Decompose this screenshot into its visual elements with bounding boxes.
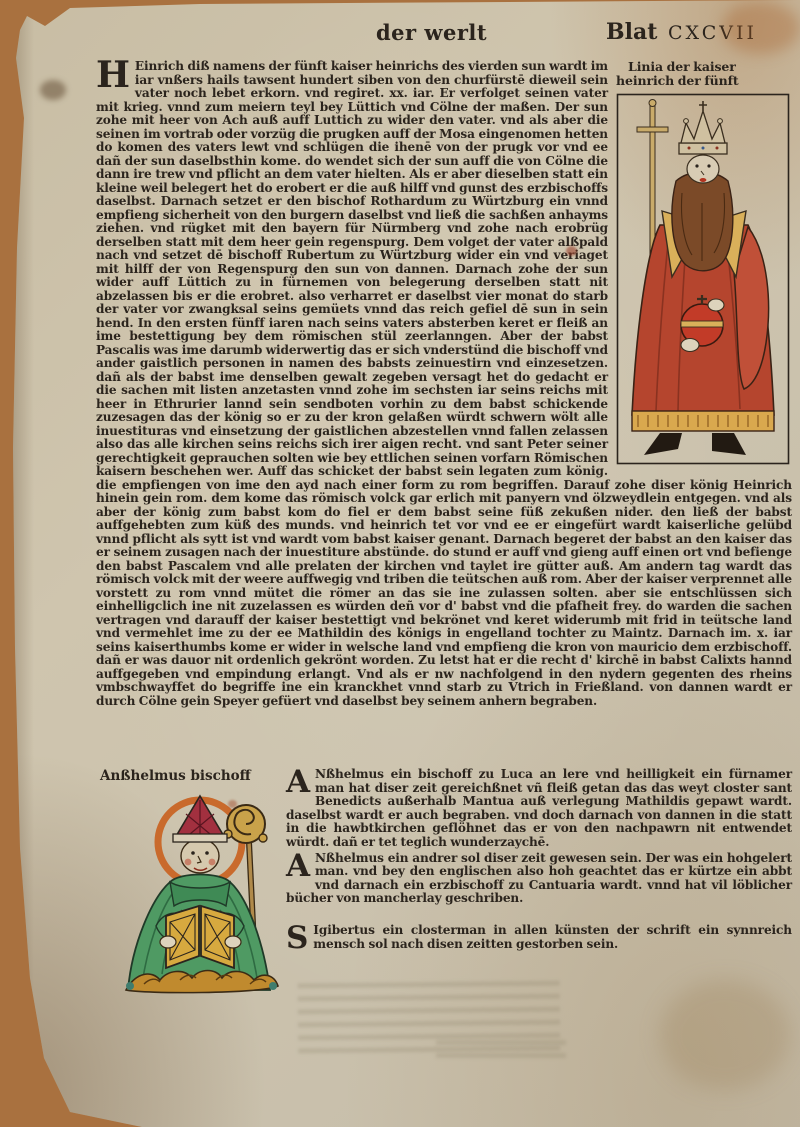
figure-caption-line1: Linia der kaiser bbox=[616, 60, 792, 74]
figure-caption: Linia der kaiser heinrich der fünft bbox=[616, 60, 792, 88]
bishop-figure-column: Anßhelmus bischoff bbox=[96, 768, 286, 994]
drop-cap-initial: S bbox=[286, 925, 308, 952]
marginal-heading: Anßhelmus bischoff bbox=[96, 768, 286, 784]
bottom-section: Anßhelmus bischoff bbox=[96, 768, 792, 994]
figure-caption-line2: heinrich der fünft bbox=[616, 74, 792, 88]
folio-label: Blat bbox=[606, 19, 657, 45]
photograph-of-book-page: { "header": { "title_left": "der werlt",… bbox=[0, 0, 800, 1127]
folio-number: CXCVII bbox=[668, 22, 757, 44]
chronicle-text-block: Linia der kaiser heinrich der fünft bbox=[96, 60, 792, 708]
paragraph-text: Nßhelmus ein andrer sol diser zeit gewes… bbox=[286, 851, 792, 906]
bottom-paragraphs: ANßhelmus ein bischoff zu Luca an lere v… bbox=[286, 768, 792, 994]
bishop-anshelm-woodcut bbox=[122, 794, 282, 994]
emperor-woodcut-figure: Linia der kaiser heinrich der fünft bbox=[616, 60, 792, 469]
stain bbox=[660, 980, 790, 1090]
header-title: der werlt bbox=[376, 20, 487, 45]
drop-cap-initial: H bbox=[96, 61, 130, 90]
drop-cap-initial: A bbox=[286, 769, 310, 796]
paragraph-text: Nßhelmus ein bischoff zu Luca an lere vn… bbox=[286, 767, 792, 849]
running-header: der werlt Blat CXCVII bbox=[0, 16, 800, 50]
stain bbox=[40, 80, 66, 100]
emperor-heinrich-woodcut bbox=[616, 93, 790, 465]
manuscript-page: der werlt Blat CXCVII Linia der kaiser h… bbox=[0, 0, 800, 1127]
paragraph-sigibert: SIgibertus ein closterman in allen künst… bbox=[286, 924, 792, 951]
drop-cap-initial: A bbox=[286, 853, 310, 880]
paragraph-anshelm-canterbury: ANßhelmus ein andrer sol diser zeit gewe… bbox=[286, 852, 792, 906]
verso-show-through bbox=[436, 1040, 566, 1064]
paragraph-anshelm-lucca: ANßhelmus ein bischoff zu Luca an lere v… bbox=[286, 768, 792, 850]
paragraph-text: Igibertus ein closterman in allen künste… bbox=[313, 923, 792, 951]
